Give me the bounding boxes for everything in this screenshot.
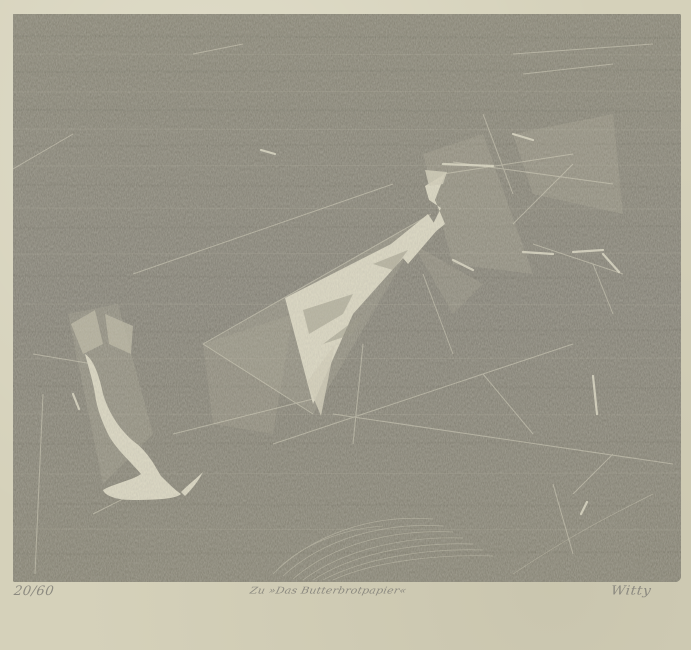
artist-signature: Witty: [610, 584, 652, 598]
edition-number: 20/60: [13, 584, 55, 599]
print-artwork: [13, 14, 681, 582]
artwork-title-inscription: Zu »Das Butterbrotpapier«: [249, 585, 408, 596]
paper-sheet: 20/60 Zu »Das Butterbrotpapier« Witty: [0, 0, 691, 650]
print-image-block: [13, 14, 681, 582]
